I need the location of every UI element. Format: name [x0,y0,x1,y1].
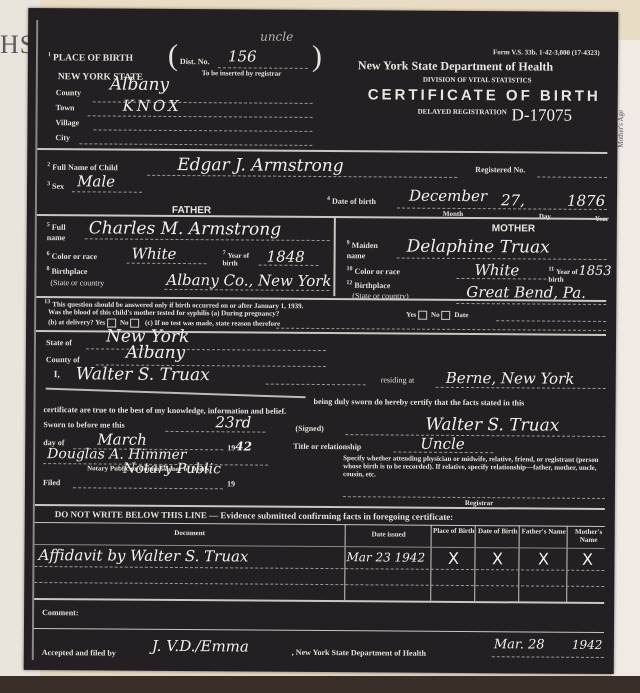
col-mothers-name: Mother's Name [569,528,609,544]
paren-close: ) [312,40,322,74]
col-date-issued: Date issued [347,530,431,539]
city-label: City [55,133,70,142]
col-fathers-name: Father's Name [521,527,567,535]
sex-label: 3Sex [47,181,64,191]
mother-yob-value: 1853 [578,264,611,279]
father-yob-label: 7Year of birth [223,249,263,268]
col-date-of-birth: Date of Birth [477,527,519,535]
place-of-birth-label: 1PLACE OF BIRTH [48,52,133,64]
sworn-day-value: 23rd [215,413,251,431]
col-place-of-birth: Place of Birth [433,527,475,535]
mother-birthplace-label: 12Birthplace [346,280,390,290]
village-label: Village [55,118,79,127]
town-label: Town [56,103,75,112]
sex-value: Male [77,172,115,190]
syphilis-line-2: Was the blood of this child's mother tes… [48,308,279,318]
relationship-label: Title or relationship [293,442,361,451]
accepted-label: Accepted and filed by [42,648,116,658]
mother-race-label: 10Color or race [346,266,400,276]
pregnancy-no-checkbox[interactable] [442,311,451,320]
dist-no-label: Dist. No. [180,57,210,66]
residence-value: Berne, New York [446,369,575,388]
father-race-label: 6Color or race [47,251,98,261]
evidence-dob-x: X [476,549,518,568]
county-value: Albany [110,75,169,95]
town-value: KNOX [123,97,182,115]
pregnancy-checks: Yes No Date [406,311,468,320]
father-birthplace-value: Albany Co., New York [166,271,331,290]
dob-month-value: December [409,187,487,206]
affiant-prefix: I, [54,370,60,380]
sworn-text-1: being duly sworn do hereby certify that … [314,397,525,407]
registration-type: DELAYED REGISTRATION [418,108,507,117]
mother-race-value: White [474,261,519,279]
relationship-value: Uncle [420,435,465,453]
evidence-mother-x: X [568,550,606,569]
department-name: New York State Department of Health [358,58,553,74]
father-birthplace-label: 8Birthplace [46,266,87,276]
father-header: FATHER [172,205,211,216]
dist-no-value: 156 [228,47,257,65]
signature-value: Walter S. Truax [425,415,559,436]
mother-name-value: Delaphine Truax [407,237,550,258]
residing-label: residing at [381,375,415,384]
relationship-note: Specify whether attending physician or m… [343,454,605,480]
county-label: County [56,88,81,97]
affidavit-county-label: County of [46,355,80,364]
father-name-label: 5Full name [47,220,81,243]
paren-open: ( [168,39,178,73]
birth-certificate: 1PLACE OF BIRTH ( Dist. No. 156 uncle To… [24,8,619,674]
child-name-value: Edgar J. Armstrong [177,155,344,176]
father-name-value: Charles M. Armstrong [89,218,281,239]
affiant-name: Walter S. Truax [76,364,210,385]
uncle-annotation: uncle [260,30,293,44]
sworn-before-label: Sworn to before me this [43,420,124,430]
accepted-dept: , New York State Department of Health [292,648,426,658]
evidence-document: Affidavit by Walter S. Truax [38,546,248,565]
certificate-number: D-17075 [512,105,573,125]
filed-label: Filed [43,478,60,487]
father-birthplace-sub: (State or country [50,278,104,287]
dist-note: To be inserted by registrar [202,69,281,78]
mother-header: MOTHER [492,223,535,234]
father-race-value: White [132,245,177,263]
registrar-label: Registrar [465,499,493,507]
evidence-date-issued: Mar 23 1942 [346,550,425,565]
col-document: Document [35,528,345,538]
division-name: DIVISION OF VITAL STATISTICS [423,76,532,85]
child-name-label: 2Full Name of Child [47,162,118,172]
registered-no-label: Registered No. [475,165,525,174]
dob-year-value: 1876 [567,192,605,210]
form-number: Form V.S. 33b. 1-42-3,000 (17-4323) [493,48,600,57]
pregnancy-yes-checkbox[interactable] [418,311,427,320]
dob-day-value: 27, [501,191,525,209]
sworn-year: 1942 [227,439,252,453]
accepted-date-value: Mar. 28 [494,637,545,652]
filed-year-prefix: 19 [227,479,235,488]
father-yob-value: 1848 [267,248,305,266]
accepted-by-value: J. V.D./Emma [152,637,249,656]
right-margin-note: Mother's Age [617,110,631,148]
strikethrough-line [46,388,306,399]
evidence-header: DO NOT WRITE BELOW THIS LINE — Evidence … [55,509,453,522]
accepted-year-value: 1942 [572,638,603,652]
signed-label: (Signed) [295,424,324,433]
card-inner-border [32,20,38,660]
comment-label: Comment: [42,608,78,617]
bottom-shadow [0,676,640,693]
mother-name-label: 9Maiden name [347,238,387,261]
evidence-father-x: X [520,549,566,568]
affidavit-county-value: Albany [126,343,185,363]
dob-label: 4Date of birth [327,196,376,206]
evidence-place-x: X [432,549,474,568]
affidavit-state-label: State of [46,338,72,347]
certificate-title: CERTIFICATE OF BIRTH [368,86,601,105]
notary-title-handwritten: Notary Public [123,461,221,478]
